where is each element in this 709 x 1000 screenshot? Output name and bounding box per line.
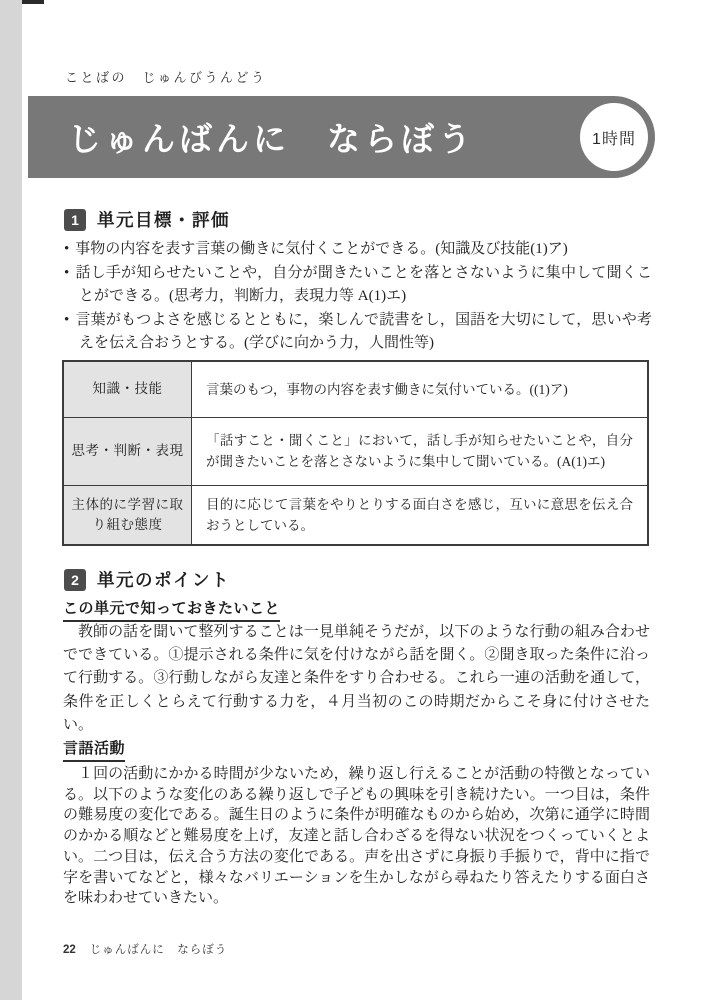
language-activity-paragraph: １回の活動にかかる時間が少ないため，繰り返し行えることが活動の特徴となっている。… — [63, 764, 650, 909]
criteria-description: 目的に応じて言葉をやりとりする面白さを感じ，互いに意思を伝え合おうとしている。 — [192, 485, 649, 545]
duration-badge: 1時間 — [580, 103, 648, 171]
subheading-language-activity: 言語活動 — [63, 737, 125, 762]
evaluation-table: 知識・技能 言葉のもつ，事物の内容を表す働きに気付いている。((1)ア) 思考・… — [62, 360, 649, 546]
lesson-title-banner: じゅんばんに ならぼう 1時間 — [28, 96, 655, 178]
section-1-heading: 1 単元目標・評価 — [64, 207, 230, 232]
objective-item: 事物の内容を表す言葉の働きに気付くことができる。(知識及び技能(1)ア) — [64, 238, 652, 262]
objective-item: 話し手が知らせたいことや，自分が聞きたいことを落とさないように集中して聞くことが… — [64, 262, 652, 309]
table-row: 思考・判断・表現 「話すこと・聞くこと」において，話し手が知らせたいことや，自分… — [63, 417, 648, 485]
criteria-description: 言葉のもつ，事物の内容を表す働きに気付いている。((1)ア) — [192, 361, 649, 417]
criteria-description: 「話すこと・聞くこと」において，話し手が知らせたいことや，自分が聞きたいことを落… — [192, 417, 649, 485]
section-2-heading: 2 単元のポイント — [64, 567, 230, 592]
series-label: ことばの じゅんびうんどう — [65, 67, 267, 86]
section-2-number-badge: 2 — [64, 569, 86, 591]
criteria-header: 知識・技能 — [63, 361, 192, 417]
objective-item: 言葉がもつよさを感じるとともに，楽しんで読書をし，国語を大切にして，思いや考えを… — [64, 309, 652, 356]
teacher-guide-page: ことばの じゅんびうんどう じゅんばんに ならぼう 1時間 1 単元目標・評価 … — [0, 0, 709, 1000]
unit-objectives-list: 事物の内容を表す言葉の働きに気付くことができる。(知識及び技能(1)ア) 話し手… — [64, 238, 652, 356]
section-1-number-badge: 1 — [64, 209, 86, 231]
section-1-title: 単元目標・評価 — [97, 207, 230, 232]
footer-title: じゅんばんに ならぼう — [90, 941, 228, 957]
lesson-title: じゅんばんに ならぼう — [68, 114, 475, 161]
page-left-margin — [0, 0, 22, 1000]
unit-points-paragraph: 教師の話を聞いて整列することは一見単純そうだが，以下のような行動の組み合わせでで… — [63, 621, 650, 737]
criteria-header: 主体的に学習に取り組む態度 — [63, 485, 192, 545]
subheading-unit-points: この単元で知っておきたいこと — [63, 597, 280, 622]
section-2-title: 単元のポイント — [97, 567, 230, 592]
table-row: 知識・技能 言葉のもつ，事物の内容を表す働きに気付いている。((1)ア) — [63, 361, 648, 417]
page-footer: 22 じゅんばんに ならぼう — [63, 941, 227, 957]
page-number: 22 — [63, 944, 76, 956]
criteria-header: 思考・判断・表現 — [63, 417, 192, 485]
table-row: 主体的に学習に取り組む態度 目的に応じて言葉をやりとりする面白さを感じ，互いに意… — [63, 485, 648, 545]
